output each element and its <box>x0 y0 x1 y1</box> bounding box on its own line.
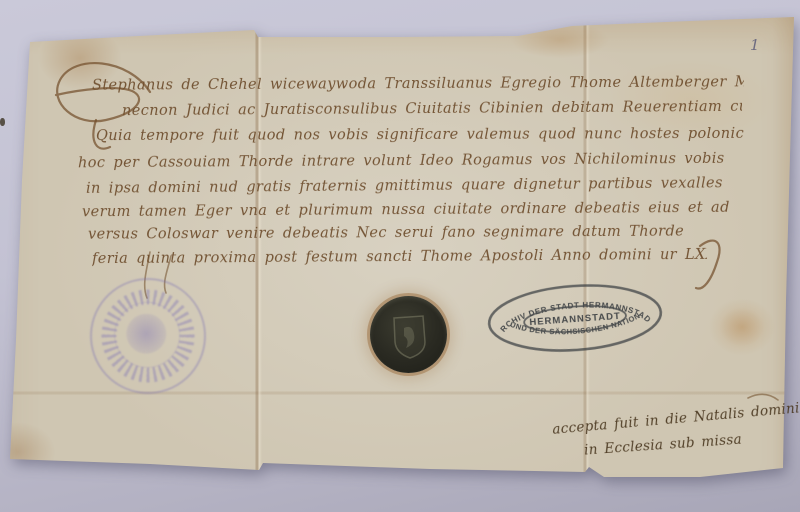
manuscript-line: Quia tempore fuit quod nos vobis signifi… <box>96 126 744 144</box>
wax-seal <box>370 296 447 373</box>
photo-scene: Stephanus de Chehel wicewaywoda Transsil… <box>0 0 800 512</box>
manuscript-line: Stephanus de Chehel wicewaywoda Transsil… <box>92 74 744 93</box>
manuscript-line: versus Coloswar venire debeatis Nec seru… <box>88 223 738 242</box>
pencil-folio-number: 1 <box>750 36 766 58</box>
seal-shield-icon <box>370 296 447 373</box>
oval-archive-stamp: ARCHIV DER STADT HERMANNSTADT HERMANNSTA… <box>476 271 673 364</box>
